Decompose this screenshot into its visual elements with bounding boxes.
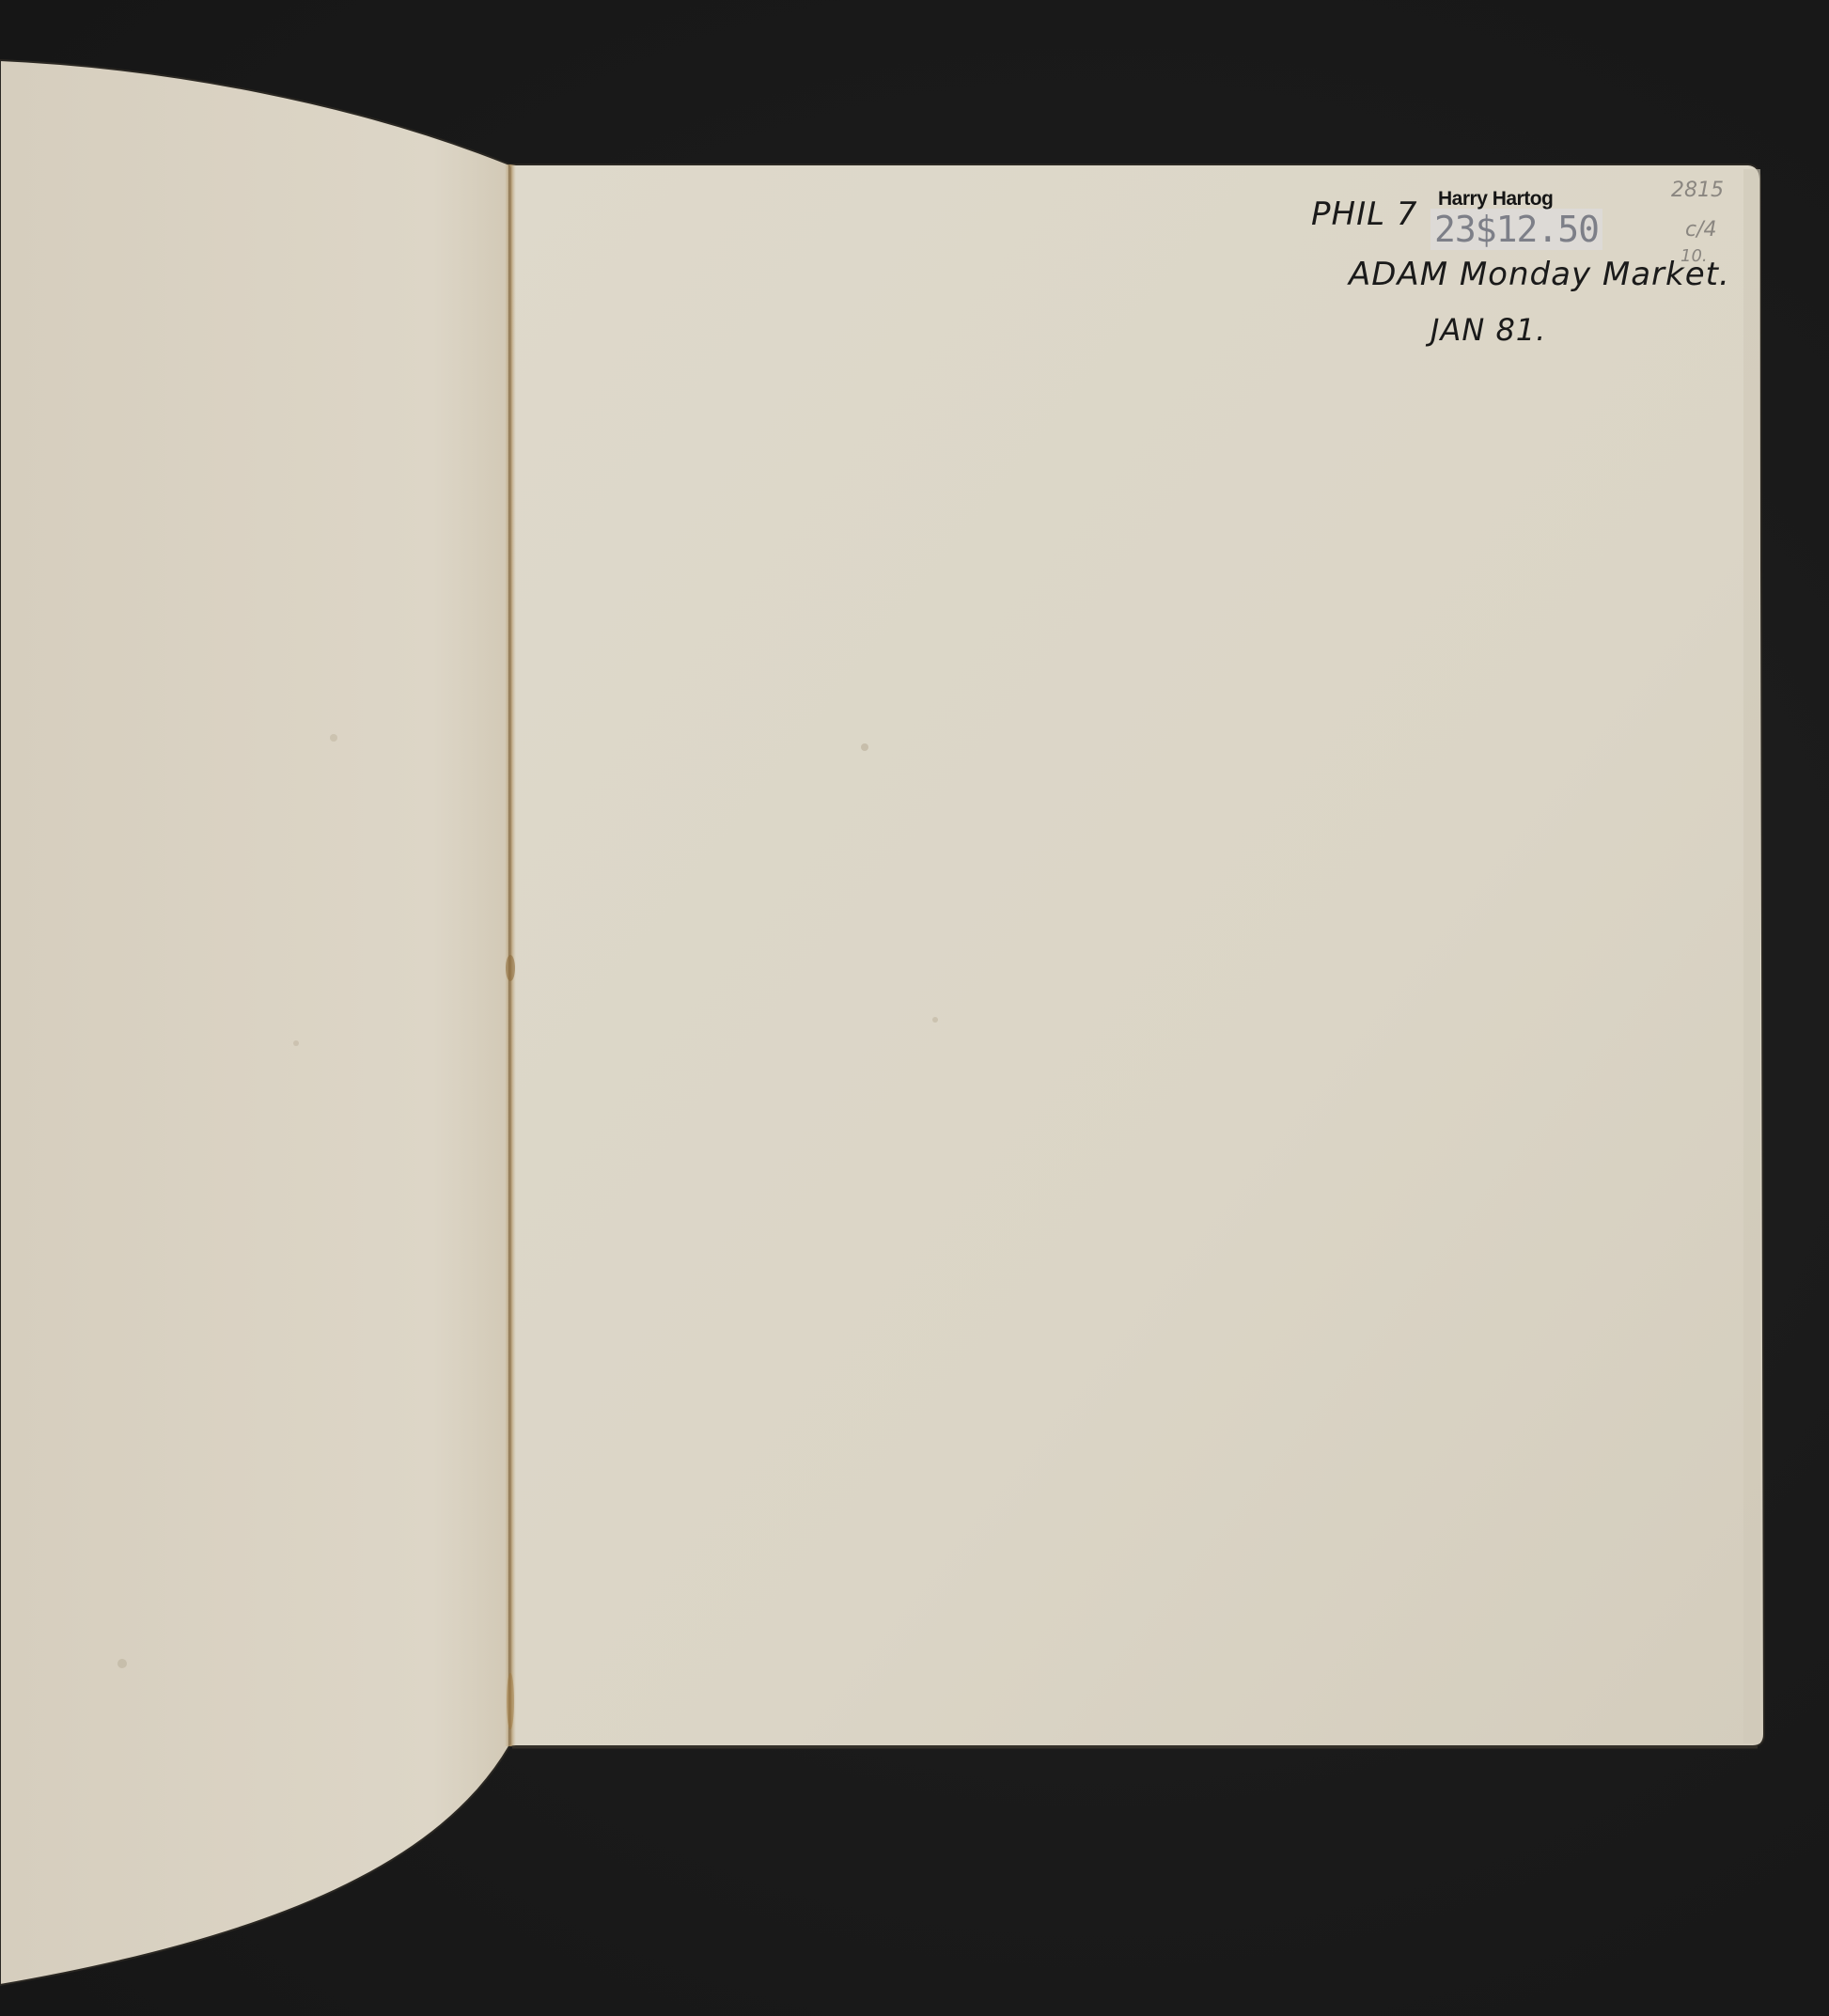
- ink-provenance-note: ADAM Monday Market.: [1349, 256, 1730, 293]
- open-book: [0, 0, 1829, 2016]
- page-edge-shadow: [1743, 169, 1760, 1743]
- book-photo-scene: PHIL 7 23$12.50 Harry Hartog ADAM Monday…: [0, 0, 1829, 2016]
- sticker-price: 23$12.50: [1430, 209, 1602, 250]
- left-page: [0, 60, 509, 1985]
- ink-name-note: PHIL 7: [1311, 195, 1417, 233]
- right-page: [509, 164, 1764, 1746]
- foxing-spot: [861, 743, 868, 751]
- foxing-spot: [932, 1017, 938, 1023]
- pencil-note-3: 10.: [1680, 246, 1708, 266]
- pencil-note-1: 2815: [1671, 179, 1724, 202]
- spine-stain-bottom: [507, 1673, 514, 1729]
- sticker-shop-name: Harry Hartog: [1438, 188, 1553, 211]
- foxing-spot: [117, 1659, 127, 1668]
- spine-stain: [506, 955, 515, 981]
- pencil-note-2: c/4: [1685, 218, 1717, 242]
- foxing-spot: [330, 734, 337, 742]
- ink-date-note: JAN 81.: [1430, 312, 1546, 348]
- foxing-spot: [293, 1040, 299, 1046]
